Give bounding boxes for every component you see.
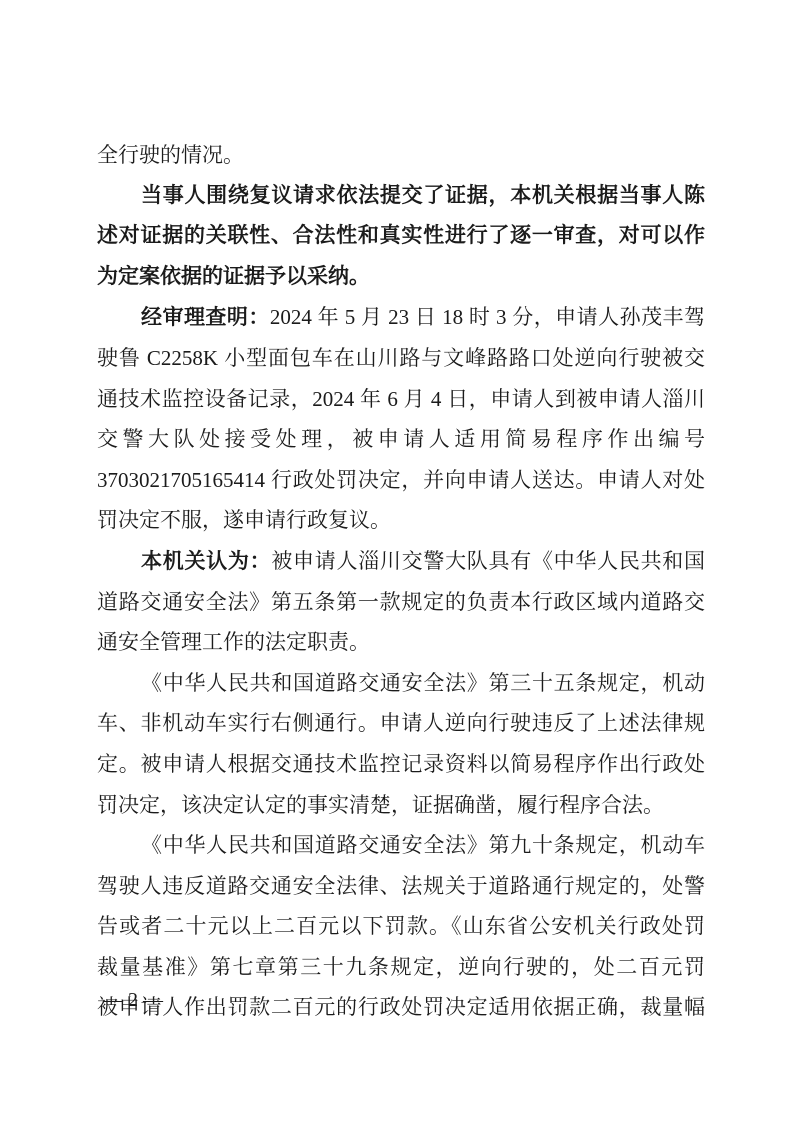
text-line: 被申请人作出罚款二百元的行政处罚决定适用依据正确，裁量幅 (97, 987, 705, 1028)
page-number: — 2 — (103, 985, 163, 1015)
text-span: 2024 年 5 月 23 日 18 时 3 分，申请人孙茂丰驾 (270, 305, 705, 329)
text-line: 驾驶人违反道路交通安全法律、法规关于道路通行规定的，处警 (97, 866, 705, 907)
paragraph: 全行驶的情况。 (97, 135, 705, 176)
text-line: 为定案依据的证据予以采纳。 (97, 257, 705, 298)
text-line: 述对证据的关联性、合法性和真实性进行了逐一审查，对可以作 (97, 216, 705, 257)
text-line: 《中华人民共和国道路交通安全法》第九十条规定，机动车 (97, 825, 705, 866)
section-lead: 本机关认为： (141, 550, 271, 573)
text-line: 通安全管理工作的法定职责。 (97, 622, 705, 663)
text-line: 通技术监控设备记录，2024 年 6 月 4 日，申请人到被申请人淄川 (97, 379, 705, 420)
text-line: 裁量基准》第七章第三十九条规定，逆向行驶的，处二百元罚款。 (97, 947, 705, 988)
paragraph: 《中华人民共和国道路交通安全法》第九十条规定，机动车 驾驶人违反道路交通安全法律… (97, 825, 705, 1028)
text-line: 全行驶的情况。 (97, 135, 705, 176)
text-line: 罚决定，该决定认定的事实清楚，证据确凿，履行程序合法。 (97, 785, 705, 826)
paragraph: 当事人围绕复议请求依法提交了证据，本机关根据当事人陈 述对证据的关联性、合法性和… (97, 176, 705, 298)
text-line: 告或者二十元以上二百元以下罚款。《山东省公安机关行政处罚 (97, 906, 705, 947)
text-line: 罚决定不服，遂申请行政复议。 (97, 500, 705, 541)
document-body: 全行驶的情况。 当事人围绕复议请求依法提交了证据，本机关根据当事人陈 述对证据的… (97, 135, 705, 1028)
section-lead: 经审理查明： (141, 306, 270, 329)
text-line: 车、非机动车实行右侧通行。申请人逆向行驶违反了上述法律规 (97, 703, 705, 744)
text-line: 《中华人民共和国道路交通安全法》第三十五条规定，机动 (97, 663, 705, 704)
paragraph: 经审理查明：2024 年 5 月 23 日 18 时 3 分，申请人孙茂丰驾 驶… (97, 297, 705, 541)
text-line: 本机关认为：被申请人淄川交警大队具有《中华人民共和国 (97, 541, 705, 582)
text-line: 经审理查明：2024 年 5 月 23 日 18 时 3 分，申请人孙茂丰驾 (97, 297, 705, 338)
text-line: 定。被申请人根据交通技术监控记录资料以简易程序作出行政处 (97, 744, 705, 785)
text-span: 被申请人淄川交警大队具有《中华人民共和国 (271, 549, 705, 573)
text-line: 道路交通安全法》第五条第一款规定的负责本行政区域内道路交 (97, 582, 705, 623)
paragraph: 《中华人民共和国道路交通安全法》第三十五条规定，机动 车、非机动车实行右侧通行。… (97, 663, 705, 825)
document-page: 全行驶的情况。 当事人围绕复议请求依法提交了证据，本机关根据当事人陈 述对证据的… (0, 0, 794, 1123)
text-line: 当事人围绕复议请求依法提交了证据，本机关根据当事人陈 (97, 176, 705, 217)
text-line: 驶鲁 C2258K 小型面包车在山川路与文峰路路口处逆向行驶被交 (97, 338, 705, 379)
text-line: 3703021705165414 行政处罚决定，并向申请人送达。申请人对处 (97, 460, 705, 501)
paragraph: 本机关认为：被申请人淄川交警大队具有《中华人民共和国 道路交通安全法》第五条第一… (97, 541, 705, 663)
text-line: 交警大队处接受处理，被申请人适用简易程序作出编号 (97, 419, 705, 460)
